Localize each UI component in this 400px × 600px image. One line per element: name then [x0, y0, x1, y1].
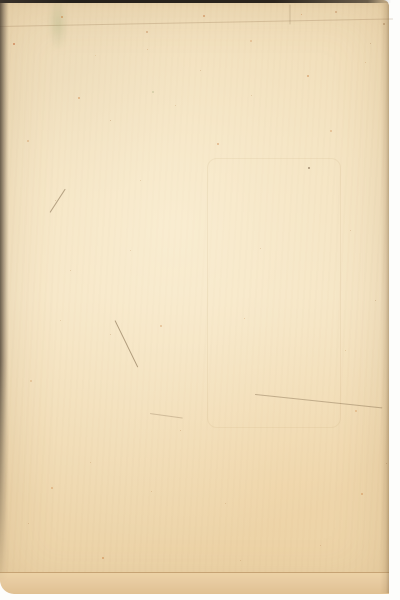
ghost-impression [207, 158, 341, 428]
foxing-speckle [330, 130, 332, 132]
scratch-line [115, 320, 139, 367]
foxing-speckle [217, 143, 219, 145]
foxing-speckle [250, 40, 252, 42]
scratch-line [50, 189, 66, 213]
foxing-speckle [147, 49, 148, 50]
foxing-speckle [200, 70, 201, 71]
spine-shadow [0, 0, 9, 584]
foxing-speckle [307, 75, 309, 77]
scratch-line [290, 5, 291, 25]
foxing-speckle [70, 270, 71, 271]
foxing-speckle [28, 523, 29, 524]
foxing-speckle [225, 503, 226, 504]
foxing-speckle [180, 430, 181, 431]
foxing-speckle [175, 105, 176, 106]
foxing-speckle [365, 62, 366, 63]
foxing-speckle [335, 11, 337, 13]
foxing-speckle [345, 350, 346, 351]
foxing-speckle [78, 97, 80, 99]
page-right-edge-shadow [380, 0, 389, 593]
book-top-edge [0, 0, 391, 3]
foxing-speckle [370, 43, 371, 44]
foxing-speckle [244, 318, 245, 319]
foxing-speckle [60, 320, 61, 321]
scratch-line [150, 413, 183, 419]
foxing-speckle [320, 545, 321, 546]
underlying-pages-band [0, 572, 389, 594]
foxing-speckle [110, 334, 111, 335]
foxing-speckle [160, 325, 162, 327]
foxing-speckle [361, 493, 363, 495]
foxing-speckle [251, 95, 252, 96]
scanned-page [0, 0, 400, 600]
foxing-speckle [151, 491, 152, 492]
foxing-speckle [90, 462, 91, 463]
foxing-speckle [51, 487, 53, 489]
foxing-speckle [308, 167, 310, 169]
foxing-speckle [95, 55, 96, 56]
foxing-speckle [110, 120, 111, 121]
foxing-speckle [375, 300, 376, 301]
foxing-speckle [152, 91, 154, 93]
foxing-speckle [140, 180, 141, 181]
foxing-speckle [355, 410, 357, 412]
foxing-speckle [350, 230, 351, 231]
foxing-speckle [102, 557, 104, 559]
foxing-speckle [260, 248, 261, 249]
foxing-speckle [301, 14, 302, 15]
foxing-speckle [146, 31, 148, 33]
smudge [48, 0, 68, 51]
foxing-speckle [55, 200, 56, 201]
foxing-speckle [240, 560, 241, 561]
foxing-speckle [61, 16, 63, 18]
page-paper [0, 0, 389, 593]
foxing-speckle [13, 43, 15, 45]
foxing-speckle [30, 380, 32, 382]
foxing-speckle [130, 250, 131, 251]
foxing-speckle [27, 140, 29, 142]
foxing-speckle [203, 15, 205, 17]
